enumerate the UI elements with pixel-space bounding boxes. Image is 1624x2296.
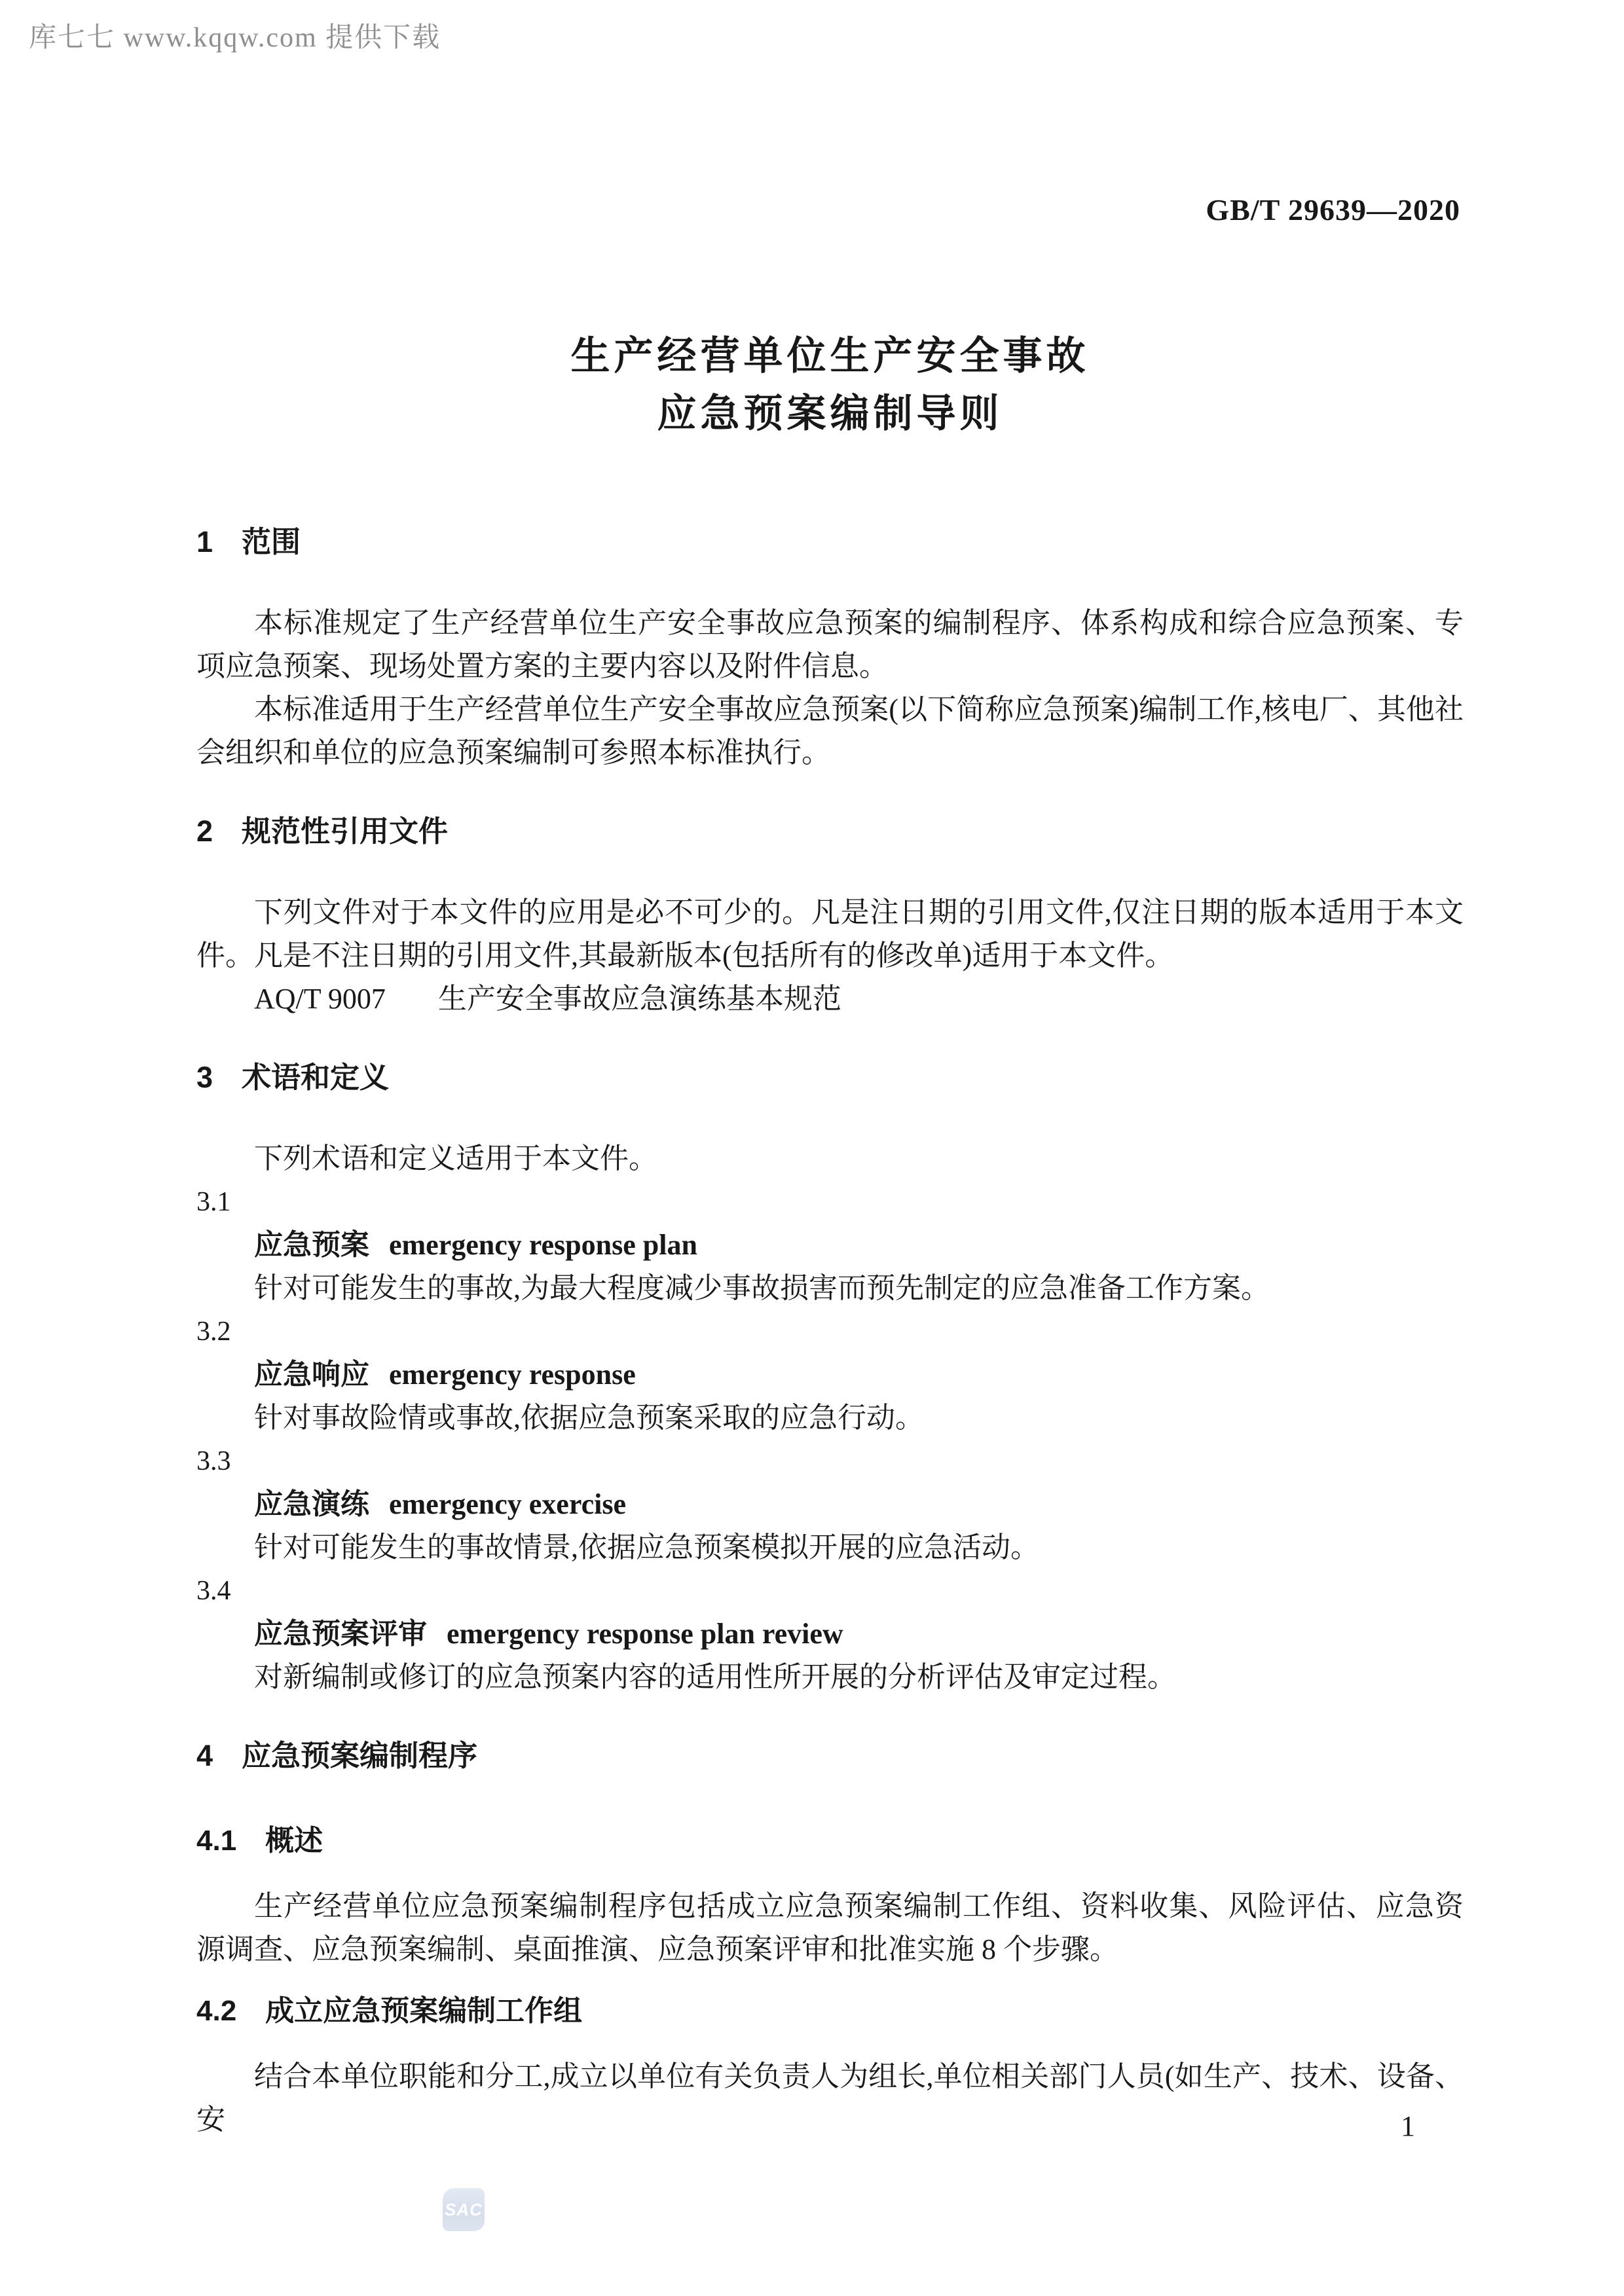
section-1-title: 范围	[242, 525, 301, 558]
term-number: 3.1	[196, 1180, 1464, 1224]
term-number: 3.4	[196, 1569, 1464, 1613]
term-definition: 对新编制或修订的应急预案内容的适用性所开展的分析评估及审定过程。	[196, 1656, 1464, 1699]
normative-reference-line: AQ/T 9007生产安全事故应急演练基本规范	[196, 977, 1464, 1021]
section-3-heading: 3术语和定义	[196, 1057, 1464, 1098]
section-1-number: 1	[196, 522, 213, 562]
section-4-2-paragraph-1: 结合本单位职能和分工,成立以单位有关负责人为组长,单位相关部门人员(如生产、技术…	[196, 2055, 1464, 2141]
term-name-chinese: 应急响应	[254, 1358, 369, 1391]
section-3-title: 术语和定义	[242, 1061, 389, 1094]
section-2-paragraph-1: 下列文件对于本文件的应用是必不可少的。凡是注日期的引用文件,仅注日期的版本适用于…	[196, 891, 1464, 977]
term-number: 3.2	[196, 1310, 1464, 1353]
sac-logo-icon: SAC	[443, 2188, 485, 2231]
section-4-1-heading: 4.1概述	[196, 1821, 1464, 1861]
term-name: 应急响应emergency response	[196, 1353, 1464, 1396]
document-title-line1: 生产经营单位生产安全事故	[196, 327, 1464, 385]
section-2-title: 规范性引用文件	[242, 814, 448, 848]
reference-title: 生产安全事故应急演练基本规范	[438, 983, 841, 1015]
section-4-heading: 4应急预案编制程序	[196, 1736, 1464, 1776]
page-number: 1	[1388, 2111, 1428, 2142]
section-4-1-paragraph-1: 生产经营单位应急预案编制程序包括成立应急预案编制工作组、资料收集、风险评估、应急…	[196, 1885, 1464, 1971]
document-page: 库七七 www.kqqw.com 提供下载 GB/T 29639—2020 生产…	[0, 0, 1624, 2296]
term-name-english: emergency exercise	[389, 1488, 626, 1520]
section-2-number: 2	[196, 811, 213, 852]
term-name-english: emergency response plan review	[447, 1618, 843, 1650]
section-4-number: 4	[196, 1736, 213, 1776]
document-title-line2: 应急预案编制导则	[196, 385, 1464, 443]
section-1-paragraph-2: 本标准适用于生产经营单位生产安全事故应急预案(以下简称应急预案)编制工作,核电厂…	[196, 688, 1464, 774]
reference-code: AQ/T 9007	[254, 983, 386, 1015]
term-name: 应急预案评审emergency response plan review	[196, 1613, 1464, 1656]
term-name-chinese: 应急预案评审	[254, 1618, 427, 1650]
section-1-heading: 1范围	[196, 522, 1464, 562]
term-name-english: emergency response	[389, 1358, 636, 1391]
page-content: 生产经营单位生产安全事故 应急预案编制导则 1范围 本标准规定了生产经营单位生产…	[196, 0, 1464, 2141]
term-definition: 针对事故险情或事故,依据应急预案采取的应急行动。	[196, 1396, 1464, 1440]
document-title: 生产经营单位生产安全事故 应急预案编制导则	[196, 0, 1464, 443]
term-name-chinese: 应急预案	[254, 1229, 369, 1261]
section-4-2-heading: 4.2成立应急预案编制工作组	[196, 1991, 1464, 2032]
section-4-2-title: 成立应急预案编制工作组	[265, 1995, 582, 2027]
section-2-heading: 2规范性引用文件	[196, 811, 1464, 852]
term-definition: 针对可能发生的事故,为最大程度减少事故损害而预先制定的应急准备工作方案。	[196, 1267, 1464, 1310]
section-4-1-number: 4.1	[196, 1821, 236, 1861]
section-4-title: 应急预案编制程序	[242, 1739, 477, 1772]
section-3-intro: 下列术语和定义适用于本文件。	[196, 1137, 1464, 1180]
term-name-chinese: 应急演练	[254, 1488, 369, 1520]
section-4-2-number: 4.2	[196, 1991, 236, 2032]
section-4-1-title: 概述	[265, 1825, 323, 1857]
term-number: 3.3	[196, 1440, 1464, 1483]
term-definition: 针对可能发生的事故情景,依据应急预案模拟开展的应急活动。	[196, 1526, 1464, 1569]
section-1-paragraph-1: 本标准规定了生产经营单位生产安全事故应急预案的编制程序、体系构成和综合应急预案、…	[196, 602, 1464, 688]
term-name: 应急预案emergency response plan	[196, 1224, 1464, 1267]
term-name-english: emergency response plan	[389, 1229, 697, 1261]
section-3-number: 3	[196, 1057, 213, 1098]
term-name: 应急演练emergency exercise	[196, 1483, 1464, 1526]
